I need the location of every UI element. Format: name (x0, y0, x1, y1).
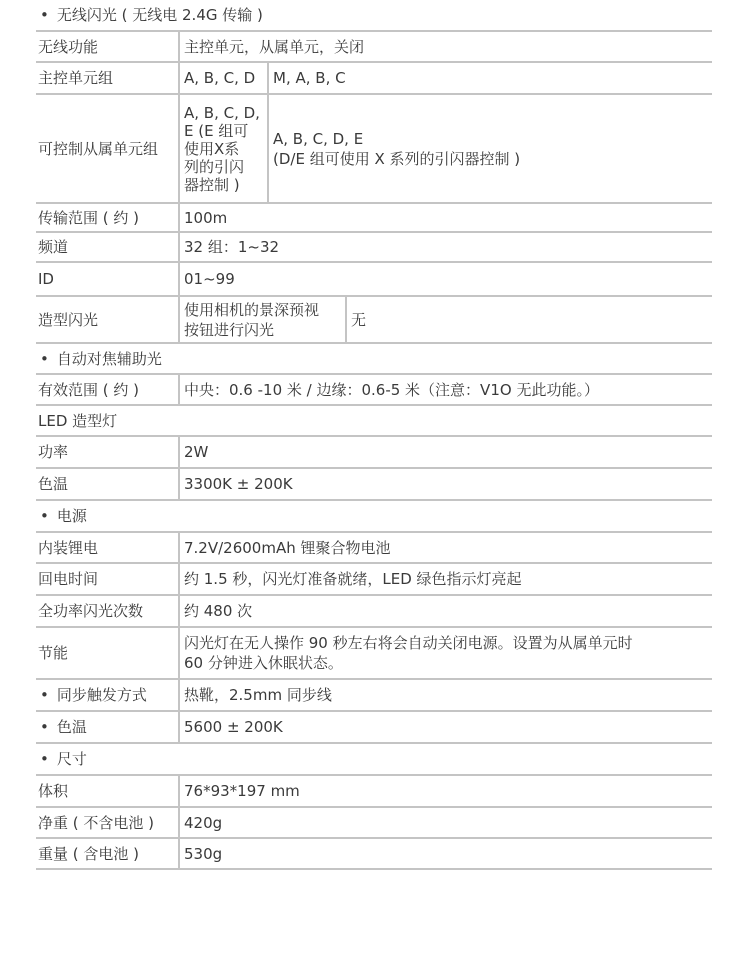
spec-row-sync: 同步触发方式 热靴，2.5mm 同步线 (36, 680, 712, 712)
text-line: 器控制 ) (184, 176, 260, 194)
spec-value: 中央：0.6 -10 米 / 边缘：0.6-5 米（注意：V1O 无此功能。） (178, 375, 712, 404)
spec-value: 约 1.5 秒，闪光灯准备就绪，LED 绿色指示灯亮起 (178, 564, 712, 594)
spec-row-weight: 重量 ( 含电池 ) 530g (36, 839, 712, 870)
spec-label: 有效范围 ( 约 ) (36, 375, 178, 404)
spec-label: 色温 (36, 712, 178, 742)
text-line: (D/E 组可使用 X 系列的引闪器控制 ) (273, 149, 520, 169)
section-title: 尺寸 (36, 744, 712, 774)
section-title: LED 造型灯 (36, 406, 712, 435)
spec-value: 2W (178, 437, 712, 467)
spec-row-color-temperature: 色温 5600 ± 200K (36, 712, 712, 744)
spec-label: ID (36, 263, 178, 295)
spec-row-wireless-function: 无线功能 主控单元，从属单元，关闭 (36, 32, 712, 63)
spec-label: 造型闪光 (36, 297, 178, 342)
spec-label: 节能 (36, 628, 178, 678)
spec-row-net-weight: 净重 ( 不含电池 ) 420g (36, 808, 712, 839)
spec-value: 7.2V/2600mAh 锂聚合物电池 (178, 533, 712, 562)
section-header-wireless: 无线闪光 ( 无线电 2.4G 传输 ) (36, 0, 712, 32)
spec-value-b: A, B, C, D, E (D/E 组可使用 X 系列的引闪器控制 ) (267, 95, 712, 202)
spec-value: 32 组：1~32 (178, 233, 712, 261)
spec-value: 5600 ± 200K (178, 712, 712, 742)
spec-row-recycle-time: 回电时间 约 1.5 秒，闪光灯准备就绪，LED 绿色指示灯亮起 (36, 564, 712, 596)
text-line: E (E 组可 (184, 122, 260, 140)
spec-row-effective-range: 有效范围 ( 约 ) 中央：0.6 -10 米 / 边缘：0.6-5 米（注意：… (36, 375, 712, 406)
spec-label: 回电时间 (36, 564, 178, 594)
section-header-dimensions: 尺寸 (36, 744, 712, 776)
spec-row-power: 功率 2W (36, 437, 712, 469)
spec-row-id: ID 01~99 (36, 263, 712, 297)
spec-value: 76*93*197 mm (178, 776, 712, 806)
text-line: A, B, C, D, E (273, 129, 520, 149)
spec-row-channel: 频道 32 组：1~32 (36, 233, 712, 263)
text-line: 使用相机的景深预视 (184, 300, 319, 320)
spec-row-full-power-flashes: 全功率闪光次数 约 480 次 (36, 596, 712, 628)
text-line: 60 分钟进入休眠状态。 (184, 653, 633, 673)
text-line: A, B, C, D, (184, 104, 260, 122)
text-line: 按钮进行闪光 (184, 320, 319, 340)
spec-row-volume: 体积 76*93*197 mm (36, 776, 712, 808)
spec-row-master-groups: 主控单元组 A, B, C, D M, A, B, C (36, 63, 712, 95)
spec-label: 功率 (36, 437, 178, 467)
spec-value: 约 480 次 (178, 596, 712, 626)
spec-value-a: 使用相机的景深预视 按钮进行闪光 (178, 297, 345, 342)
spec-value: 热靴，2.5mm 同步线 (178, 680, 712, 710)
spec-row-power-saving: 节能 闪光灯在无人操作 90 秒左右将会自动关闭电源。设置为从属单元时 60 分… (36, 628, 712, 680)
spec-value: 01~99 (178, 263, 712, 295)
spec-row-battery: 内装锂电 7.2V/2600mAh 锂聚合物电池 (36, 533, 712, 564)
spec-row-modeling-flash: 造型闪光 使用相机的景深预视 按钮进行闪光 无 (36, 297, 712, 344)
text-line: 使用X系 (184, 140, 260, 158)
spec-label: 可控制从属单元组 (36, 95, 178, 202)
spec-label: 主控单元组 (36, 63, 178, 93)
spec-value-b: 无 (345, 297, 712, 342)
spec-value: 闪光灯在无人操作 90 秒左右将会自动关闭电源。设置为从属单元时 60 分钟进入… (178, 628, 712, 678)
section-title: 电源 (36, 501, 712, 531)
spec-row-range: 传输范围 ( 约 ) 100m (36, 204, 712, 233)
section-header-af-assist: 自动对焦辅助光 (36, 344, 712, 375)
spec-value: 主控单元，从属单元，关闭 (178, 32, 712, 61)
section-header-led: LED 造型灯 (36, 406, 712, 437)
section-title: 无线闪光 ( 无线电 2.4G 传输 ) (36, 0, 712, 30)
section-title: 自动对焦辅助光 (36, 344, 712, 373)
spec-label: 色温 (36, 469, 178, 499)
spec-value: 420g (178, 808, 712, 837)
spec-value: 530g (178, 839, 712, 868)
spec-label: 重量 ( 含电池 ) (36, 839, 178, 868)
spec-label: 无线功能 (36, 32, 178, 61)
section-header-power: 电源 (36, 501, 712, 533)
text-line: 闪光灯在无人操作 90 秒左右将会自动关闭电源。设置为从属单元时 (184, 633, 633, 653)
spec-label: 全功率闪光次数 (36, 596, 178, 626)
text-line: 列的引闪 (184, 158, 260, 176)
spec-label: 净重 ( 不含电池 ) (36, 808, 178, 837)
spec-value-b: M, A, B, C (267, 63, 712, 93)
spec-value-a: A, B, C, D, E (E 组可 使用X系 列的引闪 器控制 ) (178, 95, 267, 202)
spec-label: 传输范围 ( 约 ) (36, 204, 178, 231)
spec-row-slave-groups: 可控制从属单元组 A, B, C, D, E (E 组可 使用X系 列的引闪 器… (36, 95, 712, 204)
spec-label: 内装锂电 (36, 533, 178, 562)
spec-value-a: A, B, C, D (178, 63, 267, 93)
spec-label: 体积 (36, 776, 178, 806)
spec-row-led-color-temp: 色温 3300K ± 200K (36, 469, 712, 501)
spec-value: 3300K ± 200K (178, 469, 712, 499)
spec-label: 同步触发方式 (36, 680, 178, 710)
spec-value: 100m (178, 204, 712, 231)
spec-label: 频道 (36, 233, 178, 261)
